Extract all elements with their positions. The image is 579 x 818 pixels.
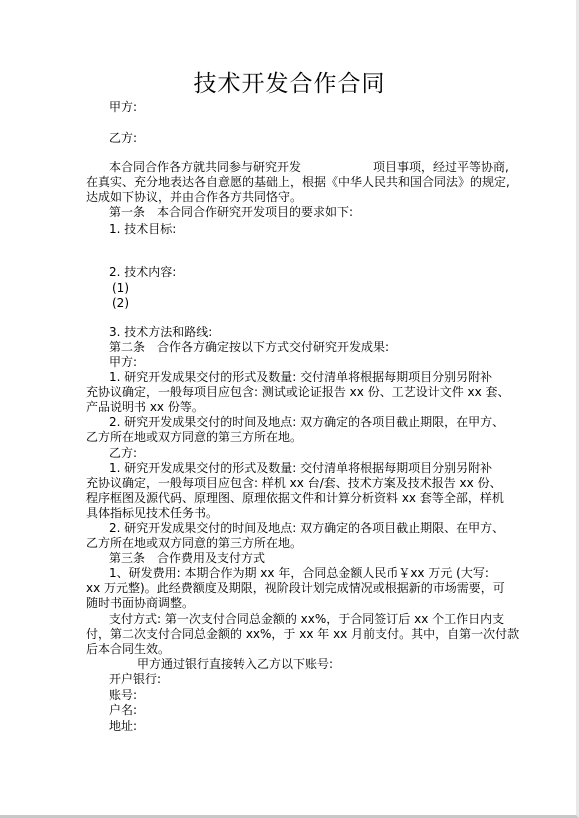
article3-payment: 支付方式: 第一次支付合同总金额的 xx%，于合同签订后 xx 个工作日内支 [109, 612, 504, 626]
article2-b-item1: 程序框图及源代码、原理图、原理依据文件和计算分析资料 xx 套等全部，样机 [86, 491, 494, 505]
account-label: 账号: [109, 688, 137, 702]
article3-payment: 后本合同生效。 [86, 642, 494, 656]
article1-sub2: (2) [112, 296, 129, 310]
article1-heading: 第一条 本合同合作研究开发项目的要求如下: [109, 205, 353, 219]
document-title: 技术开发合作合同 [0, 69, 579, 99]
article2-a-item2: 乙方所在地或双方同意的第三方所在地。 [86, 430, 494, 444]
article1-item2: 2. 技术内容: [109, 265, 176, 279]
article2-b-item1: 充协议确定，一般每项目应包含: 样机 xx 台/套、技术方案及技术报告 xx 份… [86, 476, 494, 490]
article2-b-item1: 1. 研究开发成果交付的形式及数量: 交付清单将根据每期项目分别另附补 [109, 461, 492, 475]
article2-a-item1: 1. 研究开发成果交付的形式及数量: 交付清单将根据每期项目分别另附补 [109, 370, 492, 384]
article3-payment: 付，第二次支付合同总金额的 xx%，于 xx 年 xx 月前支付。其中，自第一次… [86, 627, 494, 641]
party-a-label: 甲方: [109, 100, 137, 114]
article3-fee: xx 万元整)。此经费额度及期限，视阶段计划完成情况或根据新的市场需要，可 [86, 581, 494, 595]
party-b-label: 乙方: [109, 131, 137, 145]
article3-transfer: 甲方通过银行直接转入乙方以下账号: [137, 657, 333, 671]
preamble-line: 在真实、充分地表达各自意愿的基础上，根据《中华人民共和国合同法》的规定, [86, 175, 494, 189]
document-page: 技术开发合作合同 甲方: 乙方: 本合同合作各方就共同参与研究开发 项目事项，经… [0, 0, 579, 818]
article3-heading: 第三条 合作费用及支付方式 [109, 551, 265, 565]
account-name-label: 户名: [109, 703, 137, 717]
article2-b-item1: 具体指标见技术任务书。 [86, 506, 494, 520]
article3-fee: 随时书面协商调整。 [86, 596, 494, 610]
article1-item1: 1. 技术目标: [109, 222, 176, 236]
article2-party-a: 甲方: [109, 355, 137, 369]
article2-a-item1: 产品说明书 xx 份等。 [86, 400, 494, 414]
bank-label: 开户银行: [109, 672, 161, 686]
article2-a-item1: 充协议确定，一般每项目应包含: 测试或论证报告 xx 份、工艺设计文件 xx 套… [86, 385, 494, 399]
article2-b-item2: 2. 研究开发成果交付的时间及地点: 双方确定的各项目截止期限、在甲方、 [109, 521, 504, 535]
article2-b-item2: 乙方所在地或双方同意的第三方所在地。 [86, 536, 494, 550]
article2-a-item2: 2. 研究开发成果交付的时间及地点: 双方确定的各项目截止期限，在甲方、 [109, 415, 504, 429]
article2-heading: 第二条 合作各方确定按以下方式交付研究开发成果: [109, 340, 389, 354]
article1-item3: 3. 技术方法和路线: [109, 325, 212, 339]
article1-sub1: (1) [112, 281, 129, 295]
preamble-line: 本合同合作各方就共同参与研究开发 项目事项，经过平等协商, [109, 160, 509, 174]
preamble-line: 达成如下协议，并由合作各方共同恪守。 [86, 190, 494, 204]
article2-party-b: 乙方: [109, 446, 137, 460]
address-label: 地址: [109, 719, 137, 733]
article3-fee: 1、研发费用: 本期合作为期 xx 年，合同总金额人民币￥xx 万元 (大写: [109, 566, 489, 580]
